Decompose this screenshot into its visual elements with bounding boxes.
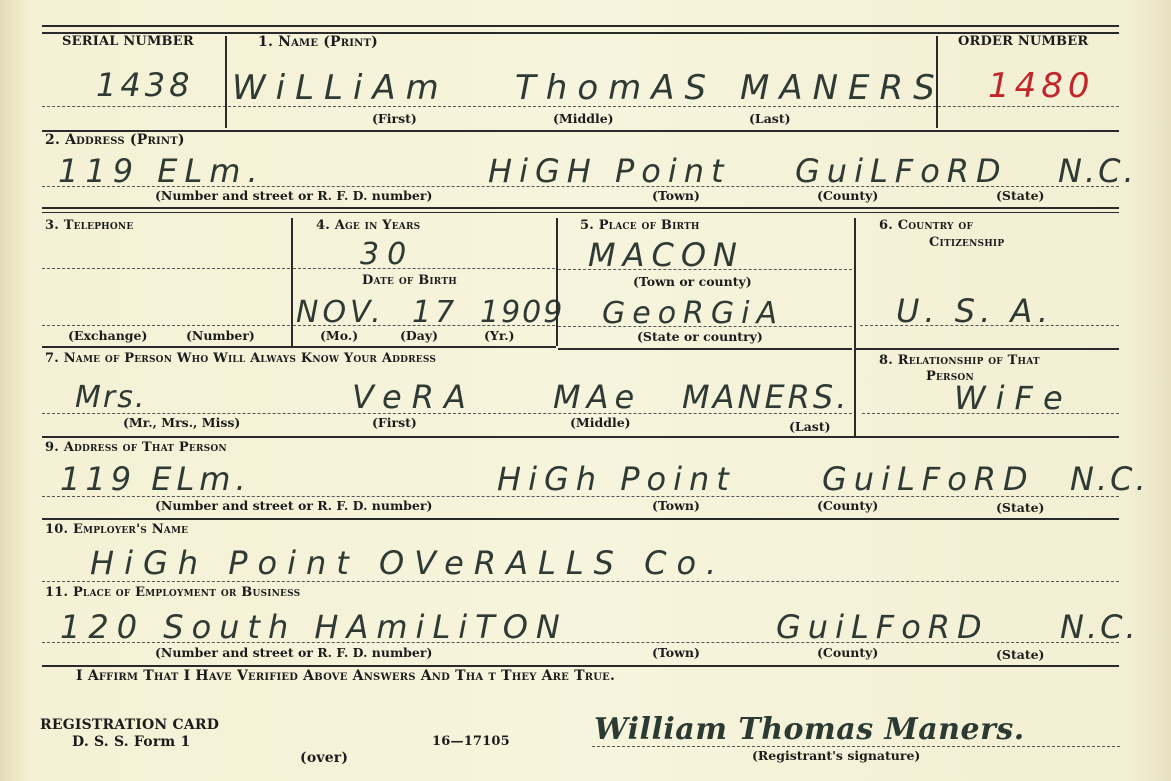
order-number-value: 1480 xyxy=(988,66,1095,106)
caption-state: (State) xyxy=(996,647,1044,662)
contact-street-value: 119 ELm. xyxy=(60,460,251,498)
affirmation-text: I Affirm That I Have Verified Above Answ… xyxy=(76,668,615,684)
contact-first-value: VeRA xyxy=(352,378,476,416)
employment-state-value: N.C. xyxy=(1060,608,1139,646)
caption-month: (Mo.) xyxy=(320,328,358,343)
name-label: 1. Name (Print) xyxy=(258,34,378,50)
employer-label: 10. Employer's Name xyxy=(45,522,188,537)
name-middle-value: ThomAS xyxy=(515,68,716,108)
employment-street-value: 120 South HAmiLiTON xyxy=(60,608,568,646)
serial-number-label: SERIAL NUMBER xyxy=(62,34,194,49)
order-number-label: ORDER NUMBER xyxy=(958,34,1088,49)
signature-caption: (Registrant's signature) xyxy=(752,748,920,763)
contact-address-label: 9. Address of That Person xyxy=(45,440,227,455)
caption-exchange: (Exchange) xyxy=(68,328,147,343)
caption-county: (County) xyxy=(817,498,878,513)
contact-last-value: MANERS. xyxy=(682,378,849,416)
over-note: (over) xyxy=(300,750,348,766)
caption-state: (State) xyxy=(996,500,1044,515)
relationship-label: 8. Relationship of That xyxy=(879,353,1040,368)
relationship-value: WiFe xyxy=(954,379,1073,417)
caption-middle: (Middle) xyxy=(553,111,614,126)
age-label: 4. Age in Years xyxy=(316,218,420,233)
place-of-employment-label: 11. Place of Employment or Business xyxy=(45,585,300,600)
citizenship-label: 6. Country of xyxy=(879,218,973,233)
contact-person-label: 7. Name of Person Who Will Always Know Y… xyxy=(45,351,436,366)
contact-title-value: Mrs. xyxy=(75,380,146,415)
registration-card: SERIAL NUMBER 1438 1. Name (Print) WiLLi… xyxy=(0,0,1171,781)
name-first-value: WiLLiAm xyxy=(232,68,449,108)
serial-number-value: 1438 xyxy=(96,66,193,104)
caption-first: (First) xyxy=(372,415,417,430)
caption-county: (County) xyxy=(817,645,878,660)
caption-number: (Number) xyxy=(186,328,255,343)
contact-state-value: N.C. xyxy=(1070,460,1149,498)
name-last-value: MANERS xyxy=(740,68,945,108)
address-county-value: GuiLFoRD xyxy=(795,152,1008,190)
caption-street: (Number and street or R. F. D. number) xyxy=(155,645,432,660)
citizenship-label-2: Citizenship xyxy=(929,235,1004,250)
caption-last: (Last) xyxy=(789,419,831,434)
address-street-value: 119 ELm. xyxy=(58,152,265,190)
form-id: D. S. S. Form 1 xyxy=(72,734,190,750)
caption-street: (Number and street or R. F. D. number) xyxy=(155,188,432,203)
age-value: 30 xyxy=(360,237,414,272)
caption-town: (Town) xyxy=(652,188,700,203)
registrant-signature: William Thomas Maners. xyxy=(594,712,1025,747)
dob-label: Date of Birth xyxy=(362,273,457,288)
top-rule xyxy=(42,25,1119,27)
caption-last: (Last) xyxy=(749,111,791,126)
address-state-value: N.C. xyxy=(1058,152,1137,190)
contact-town-value: HiGh Point xyxy=(497,460,736,498)
telephone-label: 3. Telephone xyxy=(45,218,133,233)
contact-county-value: GuiLFoRD xyxy=(822,460,1035,498)
employer-value: HiGh Point OVeRALLS Co. xyxy=(90,544,726,582)
caption-state: (State) xyxy=(996,188,1044,203)
address-label: 2. Address (Print) xyxy=(45,132,185,148)
caption-first: (First) xyxy=(372,111,417,126)
caption-town: (Town) xyxy=(652,498,700,513)
caption-state-or-country: (State or country) xyxy=(637,329,763,344)
caption-year: (Yr.) xyxy=(484,328,515,343)
employment-county-value: GuiLFoRD xyxy=(776,608,989,646)
form-title: REGISTRATION CARD xyxy=(40,717,219,733)
caption-middle: (Middle) xyxy=(570,415,631,430)
address-town-value: HiGH Point xyxy=(488,152,731,190)
caption-day: (Day) xyxy=(400,328,438,343)
divider xyxy=(936,36,938,128)
divider xyxy=(225,36,227,128)
contact-middle-value: MAe xyxy=(553,378,640,416)
place-of-birth-label: 5. Place of Birth xyxy=(580,218,700,233)
caption-county: (County) xyxy=(817,188,878,203)
caption-town: (Town) xyxy=(652,645,700,660)
caption-street: (Number and street or R. F. D. number) xyxy=(155,498,432,513)
caption-town-or-county: (Town or county) xyxy=(633,274,752,289)
caption-title-options: (Mr., Mrs., Miss) xyxy=(123,415,240,430)
print-code: 16—17105 xyxy=(432,734,510,749)
